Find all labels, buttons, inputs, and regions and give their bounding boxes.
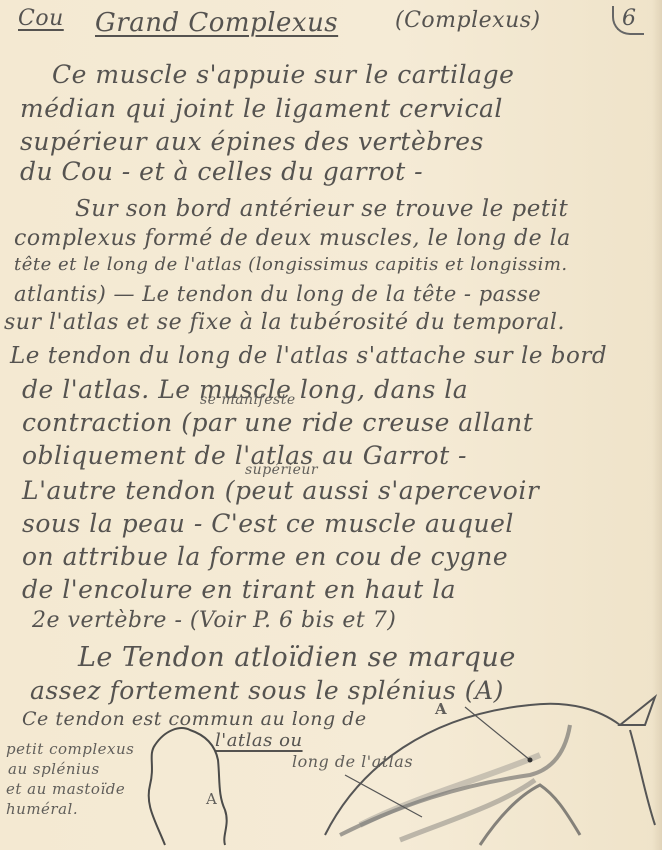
p2-line-14: 2e vertèbre - (Voir P. 6 bis et 7) [32,608,396,633]
head-sketch [140,725,240,850]
page-title: Grand Complexus [95,8,338,38]
p2-line-1: Sur son bord antérieur se trouve le peti… [75,196,568,222]
neck-label-a: A [435,700,447,718]
page-subtitle: (Complexus) [395,8,541,33]
p2-line-11: sous la peau - C'est ce muscle auquel [22,509,514,538]
p2-line-13: de l'encolure en tirant en haut la [22,575,456,604]
margin-note-line-1: petit complexus [6,740,134,758]
section-label: Cou [18,6,64,31]
margin-note-line-2: au splénius [8,760,100,778]
p2-line-12: on attribue la forme en cou de cygne [22,542,508,571]
margin-note-line-4: huméral. [6,800,78,818]
interlinear-se-manifeste: se manifeste [200,392,296,408]
p2-line-5: sur l'atlas et se fixe à la tubérosité d… [4,310,565,335]
p2-line-2: complexus formé de deux muscles, le long… [14,226,571,251]
p2-line-3: tête et le long de l'atlas (longissimus … [14,254,568,275]
p2-line-10: L'autre tendon (peut aussi s'apercevoir [22,476,539,505]
margin-note-line-3: et au mastoïde [6,780,125,798]
long-atlas-label: long de l'atlas [292,752,413,771]
p1-line-4: du Cou - et à celles du garrot - [20,157,423,186]
p2-line-8: contraction (par une ride creuse allant [22,408,533,437]
p3-line-1: Le Tendon atloïdien se marque [78,642,516,673]
p1-line-2: médian qui joint le ligament cervical [20,94,503,123]
p1-line-1: Ce muscle s'appuie sur le cartilage [52,60,514,89]
p2-line-6: Le tendon du long de l'atlas s'attache s… [10,343,607,369]
p1-line-3: supérieur aux épines des vertèbres [20,127,484,156]
p2-line-4: atlantis) — Le tendon du long de la tête… [14,282,541,306]
head-label-a: A [206,790,217,808]
